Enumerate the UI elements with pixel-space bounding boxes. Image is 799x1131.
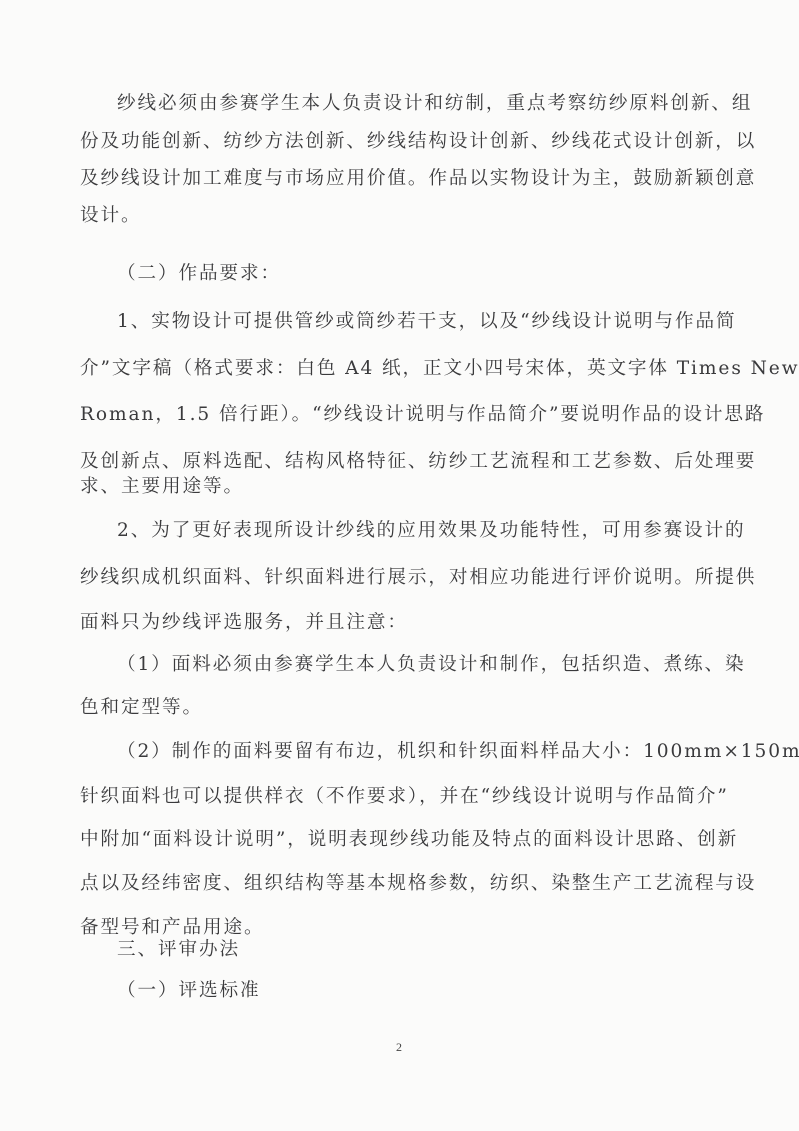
text-line: 及纱线设计加工难度与市场应用价值。作品以实物设计为主，鼓励新颖创意 xyxy=(80,167,728,191)
text-line: 纱线必须由参赛学生本人负责设计和纺制，重点考察纺纱原料创新、组 xyxy=(117,92,728,116)
text-line: （一）评选标准 xyxy=(117,979,728,1003)
text-line: 面料只为纱线评选服务，并且注意： xyxy=(80,611,728,635)
text-line: 色和定型等。 xyxy=(80,696,728,720)
text-line: 点以及经纬密度、组织结构等基本规格参数，纺织、染整生产工艺流程与设 xyxy=(80,872,728,896)
text-line: （二）作品要求： xyxy=(117,262,728,286)
text-line: （1）面料必须由参赛学生本人负责设计和制作，包括织造、煮练、染 xyxy=(117,653,728,677)
text-line: 1、实物设计可提供管纱或筒纱若干支，以及“纱线设计说明与作品简 xyxy=(117,310,728,334)
text-line: 三、评审办法 xyxy=(117,938,728,962)
document-page: 纱线必须由参赛学生本人负责设计和纺制，重点考察纺纱原料创新、组份及功能创新、纺纱… xyxy=(0,0,799,1131)
page-number: 2 xyxy=(396,1040,402,1055)
text-line: 介”文字稿（格式要求：白色 A4 纸，正文小四号宋体，英文字体 Times Ne… xyxy=(80,357,728,381)
text-line: 份及功能创新、纺纱方法创新、纱线结构设计创新、纱线花式设计创新，以 xyxy=(80,130,728,154)
text-line: 备型号和产品用途。 xyxy=(80,916,728,940)
text-line: 针织面料也可以提供样衣（不作要求），并在“纱线设计说明与作品简介” xyxy=(80,785,728,809)
text-line: 2、为了更好表现所设计纱线的应用效果及功能特性，可用参赛设计的 xyxy=(117,519,728,543)
text-line: 纱线织成机织面料、针织面料进行展示，对相应功能进行评价说明。所提供 xyxy=(80,566,728,590)
text-line: 求、主要用途等。 xyxy=(80,475,728,499)
text-line: （2）制作的面料要留有布边，机织和针织面料样品大小：100mm×150mm， xyxy=(117,740,728,764)
text-line: 及创新点、原料选配、结构风格特征、纺纱工艺流程和工艺参数、后处理要 xyxy=(80,450,728,474)
text-line: Roman，1.5 倍行距）。“纱线设计说明与作品简介”要说明作品的设计思路 xyxy=(80,403,728,427)
text-line: 中附加“面料设计说明”，说明表现纱线功能及特点的面料设计思路、创新 xyxy=(80,828,728,852)
text-line: 设计。 xyxy=(80,204,728,228)
